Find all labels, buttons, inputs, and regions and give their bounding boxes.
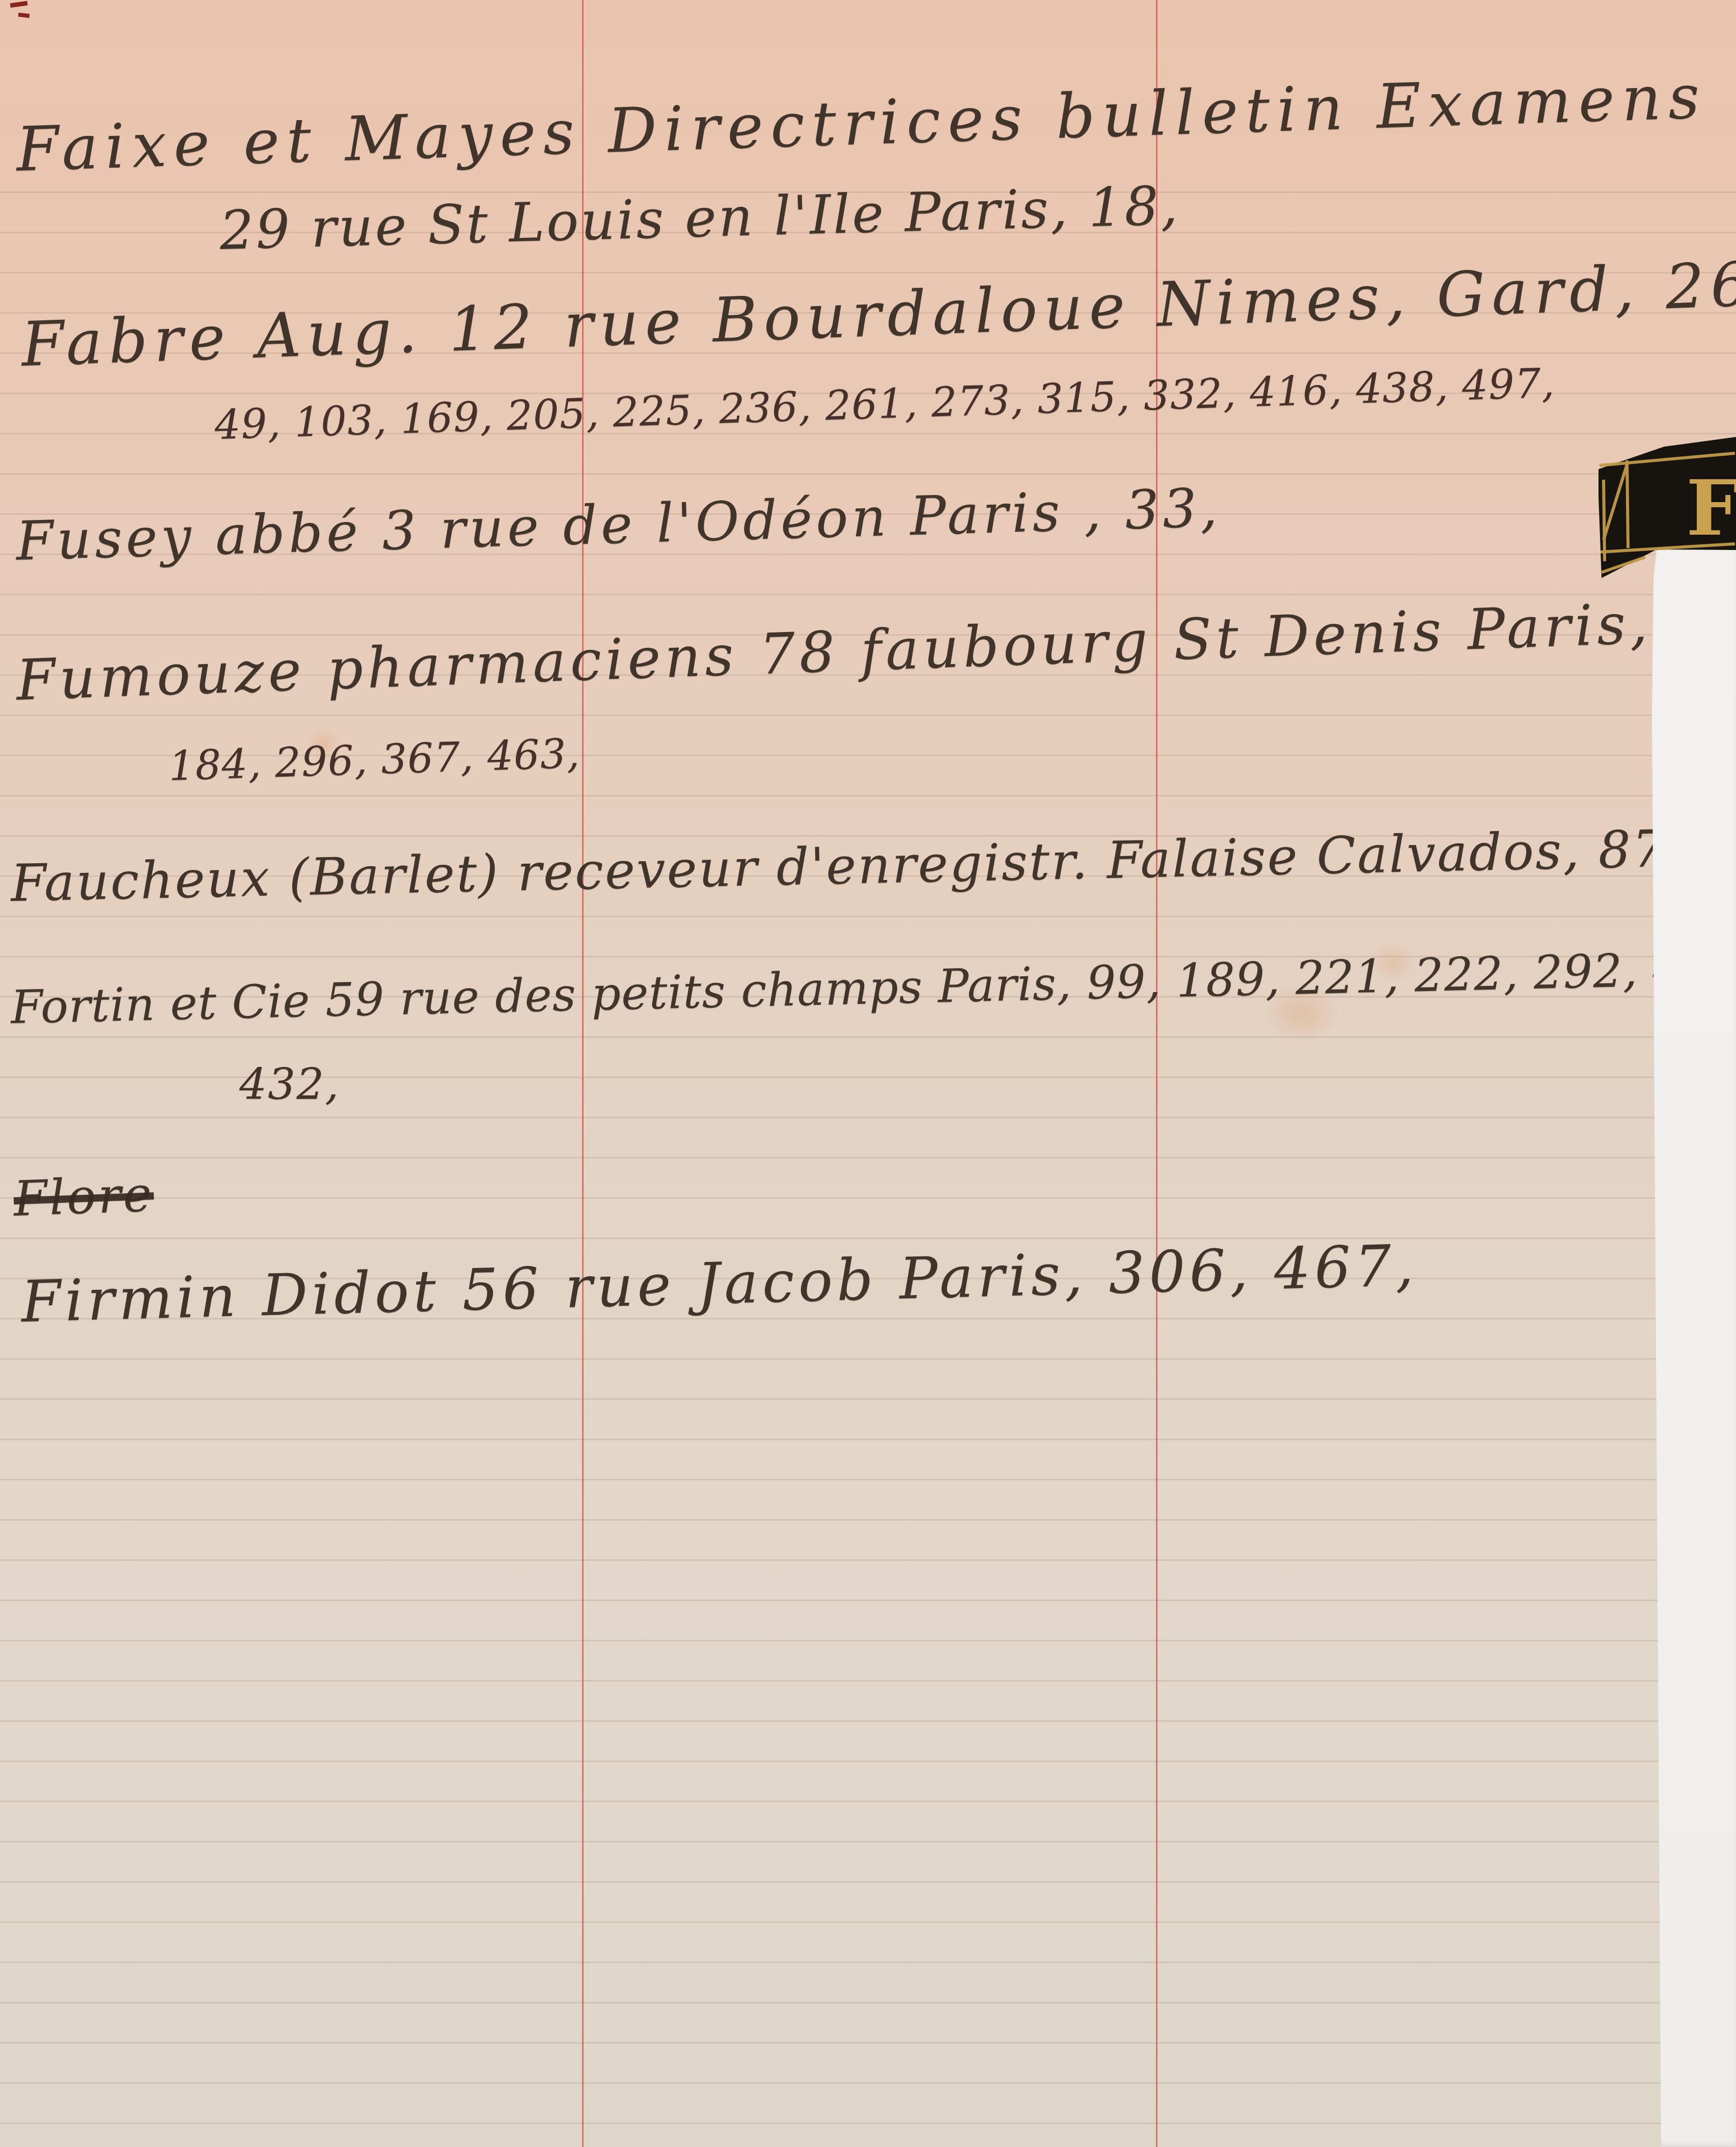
entry-page-numbers: 184, 296, 367, 463, [168,730,581,790]
entry-page-numbers: 49, 103, 169, 205, 225, 236, 261, 273, 3… [214,359,1556,449]
entry-line: Faucheux (Barlet) receveur d'enregistr. … [10,818,1685,913]
entry-line: Fabre Aug. 12 rue Bourdaloue Nimes, Gard… [20,248,1736,380]
entry-page-numbers: 432, [239,1059,340,1110]
entry-line: Fusey abbé 3 rue de l'Odéon Paris , 33, [15,477,1222,572]
ledger-page: Faixe et Mayes Directrices bulletin Exam… [0,0,1736,2147]
ruled-lines [0,153,1736,2147]
struck-word: Flore [13,1166,155,1227]
entry-line: Faixe et Mayes Directrices bulletin Exam… [15,62,1707,185]
entry-line: Fortin et Cie 59 rue des petits champs P… [10,941,1736,1034]
ink-speck [10,1,28,8]
section-tab-f: F [1599,434,1736,587]
tab-letter: F [1686,463,1736,553]
entry-line: Firmin Didot 56 rue Jacob Paris, 306, 46… [20,1232,1418,1335]
entry-line: Fumouze pharmaciens 78 faubourg St Denis… [15,586,1736,712]
entry-line: 29 rue St Louis en l'Ile Paris, 18, [219,175,1180,262]
ink-speck [18,13,30,18]
